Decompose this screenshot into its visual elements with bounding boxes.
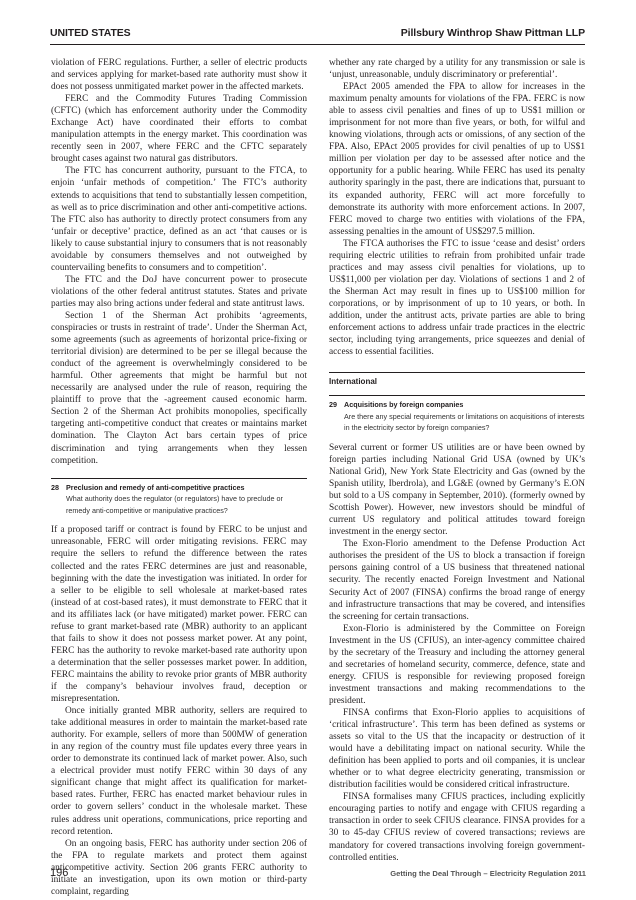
header-rule (50, 44, 585, 45)
paragraph: The FTC and the DoJ have concurrent powe… (51, 274, 307, 310)
paragraph: Section 1 of the Sherman Act prohibits ‘… (51, 310, 307, 467)
question-text: Are there any special requirements or li… (329, 411, 585, 434)
paragraph: FINSA formalises many CFIUS practices, i… (329, 791, 585, 863)
paragraph: FINSA confirms that Exon-Florio applies … (329, 707, 585, 791)
left-column: violation of FERC regulations. Further, … (51, 57, 307, 898)
paragraph: Once initially granted MBR authority, se… (51, 705, 307, 838)
question-title: Preclusion and remedy of anti-competitiv… (66, 482, 245, 494)
paragraph: whether any rate charged by a utility fo… (329, 57, 585, 81)
right-column: whether any rate charged by a utility fo… (329, 57, 585, 864)
paragraph: FERC and the Commodity Futures Trading C… (51, 93, 307, 165)
publication-title: Getting the Deal Through – Electricity R… (390, 869, 586, 878)
question-29: 29 Acquisitions by foreign companies Are… (329, 395, 585, 434)
paragraph: The FTCA authorises the FTC to issue ‘ce… (329, 238, 585, 358)
paragraph: If a proposed tariff or contract is foun… (51, 524, 307, 705)
question-number: 29 (329, 399, 344, 411)
paragraph: Exon-Florio is administered by the Commi… (329, 623, 585, 707)
question-text: What authority does the regulator (or re… (51, 493, 307, 516)
question-number: 28 (51, 482, 66, 494)
paragraph: violation of FERC regulations. Further, … (51, 57, 307, 93)
section-heading-international: International (329, 372, 585, 387)
paragraph: On an ongoing basis, FERC has authority … (51, 838, 307, 898)
page-number: 196 (50, 867, 68, 879)
paragraph: The FTC has concurrent authority, pursua… (51, 165, 307, 273)
header-country: UNITED STATES (50, 27, 131, 39)
question-28: 28 Preclusion and remedy of anti-competi… (51, 478, 307, 517)
paragraph: The Exon-Florio amendment to the Defense… (329, 538, 585, 622)
header-firm: Pillsbury Winthrop Shaw Pittman LLP (401, 27, 585, 39)
question-title: Acquisitions by foreign companies (344, 399, 463, 411)
paragraph: EPAct 2005 amended the FPA to allow for … (329, 81, 585, 238)
paragraph: Several current or former US utilities a… (329, 442, 585, 538)
running-header: UNITED STATES Pillsbury Winthrop Shaw Pi… (50, 25, 585, 39)
